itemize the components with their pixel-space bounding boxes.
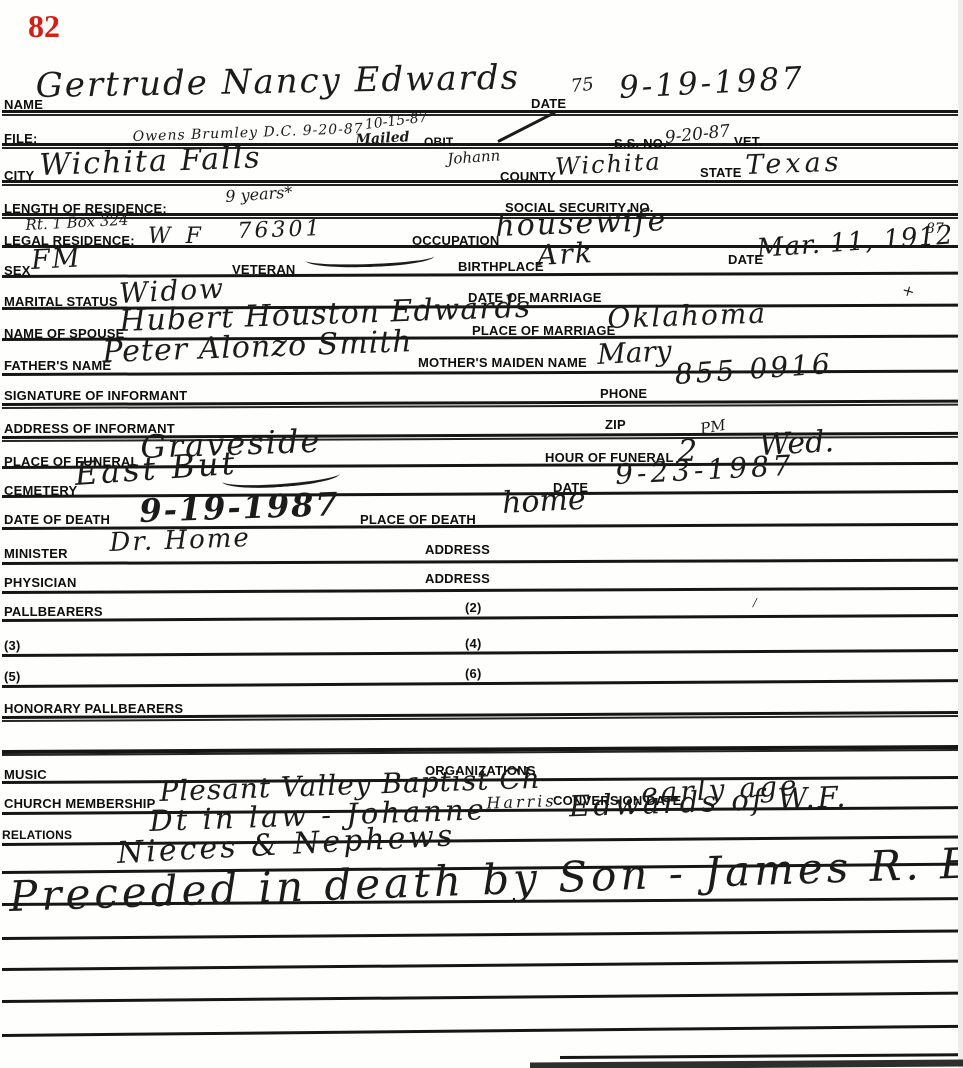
ruled-line bbox=[2, 559, 959, 565]
scan-bottom-bar bbox=[530, 1059, 963, 1068]
zip-code-value: 76301 bbox=[237, 216, 323, 244]
scan-edge-shadow bbox=[958, 0, 963, 1068]
legal-residence-value: W F bbox=[148, 224, 205, 249]
ruled-line bbox=[560, 1053, 960, 1059]
pallbearers-label: PALLBEARERS bbox=[4, 604, 103, 619]
stray-mark: / bbox=[753, 596, 757, 609]
father-name-label: FATHER'S NAME bbox=[4, 358, 111, 373]
check-slash-mark bbox=[497, 111, 555, 143]
relations-harris-note: Harris bbox=[486, 791, 557, 812]
minister-address-label: ADDRESS bbox=[425, 542, 490, 557]
mother-maiden-name-value: Mary bbox=[596, 334, 672, 371]
place-of-marriage-label: PLACE OF MARRIAGE bbox=[472, 323, 616, 338]
place-of-marriage-value: Oklahoma bbox=[607, 296, 768, 335]
stray-mark: + bbox=[900, 281, 917, 302]
date-label: DATE bbox=[531, 96, 566, 111]
music-label: MUSIC bbox=[4, 767, 47, 782]
date-of-death-label: DATE OF DEATH bbox=[4, 512, 110, 527]
informant-name-note: Johann bbox=[447, 146, 501, 168]
ruled-line bbox=[2, 929, 959, 940]
cemetery-value: East But bbox=[73, 444, 238, 493]
relations-label: RELATIONS bbox=[2, 828, 72, 842]
name-value: Gertrude Nancy Edwards bbox=[35, 58, 520, 106]
minister-value: Dr. Home bbox=[109, 523, 251, 558]
phone-label: PHONE bbox=[600, 386, 647, 401]
state-label: STATE bbox=[700, 165, 742, 180]
zip-label: ZIP bbox=[605, 417, 626, 432]
mother-maiden-name-label: MOTHER'S MAIDEN NAME bbox=[418, 355, 587, 370]
birthplace-value: Ark bbox=[536, 236, 594, 272]
vet-label: VET. bbox=[734, 134, 762, 149]
ruled-line bbox=[2, 960, 959, 971]
ruled-line bbox=[2, 745, 959, 754]
county-label: COUNTY bbox=[500, 169, 556, 184]
record-date-value: 9-19-1987 bbox=[618, 60, 806, 106]
ruled-line bbox=[2, 180, 959, 183]
county-value: Wichita bbox=[555, 147, 663, 181]
place-of-death-value: home bbox=[501, 482, 586, 521]
ruled-line bbox=[2, 1025, 959, 1037]
ruled-line bbox=[2, 992, 959, 1003]
pallbearer-6-label: (6) bbox=[465, 666, 482, 681]
church-membership-label: CHURCH MEMBERSHIP bbox=[4, 796, 155, 811]
years-note: 9 years* bbox=[225, 182, 293, 206]
ruled-line bbox=[2, 587, 959, 594]
phone-value: 855-0916 bbox=[674, 347, 834, 391]
birthplace-label: BIRTHPLACE bbox=[458, 259, 544, 274]
mailed-note: Mailed bbox=[355, 129, 410, 148]
page-number: 82 bbox=[28, 8, 60, 45]
pallbearer-4-label: (4) bbox=[465, 636, 482, 651]
file-label: FILE: bbox=[4, 131, 38, 146]
pallbearer-2-label: (2) bbox=[465, 600, 482, 615]
minister-label: MINISTER bbox=[4, 546, 68, 561]
state-value: Texas bbox=[745, 147, 843, 181]
cemetery-label: CEMETERY bbox=[4, 483, 77, 498]
veteran-dash-stroke bbox=[306, 248, 435, 269]
city-value: Wichita Falls bbox=[39, 140, 262, 183]
relations-value-end: Edwards of W.F. bbox=[568, 780, 849, 824]
age-note: 75 bbox=[570, 74, 595, 97]
sex-label: SEX bbox=[4, 263, 31, 278]
physician-label: PHYSICIAN bbox=[4, 575, 77, 590]
pallbearer-3-label: (3) bbox=[4, 638, 21, 653]
birthdate-value: Mar. 11, 1912 bbox=[756, 220, 955, 264]
place-of-death-label: PLACE OF DEATH bbox=[360, 512, 476, 527]
physician-address-label: ADDRESS bbox=[425, 571, 490, 586]
honorary-pallbearers-label: HONORARY PALLBEARERS bbox=[4, 701, 183, 716]
occupation-label: OCCUPATION bbox=[412, 233, 499, 248]
signature-of-informant-label: SIGNATURE OF INFORMANT bbox=[4, 388, 187, 403]
marital-status-label: MARITAL STATUS bbox=[4, 294, 118, 309]
sex-value: FM bbox=[30, 242, 82, 276]
funeral-record-card: 82 NAME Gertrude Nancy Edwards DATE 75 9… bbox=[0, 0, 963, 1068]
ruled-line bbox=[2, 110, 959, 113]
ruled-line bbox=[2, 614, 959, 622]
city-label: CITY bbox=[4, 168, 34, 183]
veteran-label: VETERAN bbox=[232, 262, 296, 277]
pallbearer-5-label: (5) bbox=[4, 669, 21, 684]
obit-label: OBIT. bbox=[424, 135, 456, 149]
